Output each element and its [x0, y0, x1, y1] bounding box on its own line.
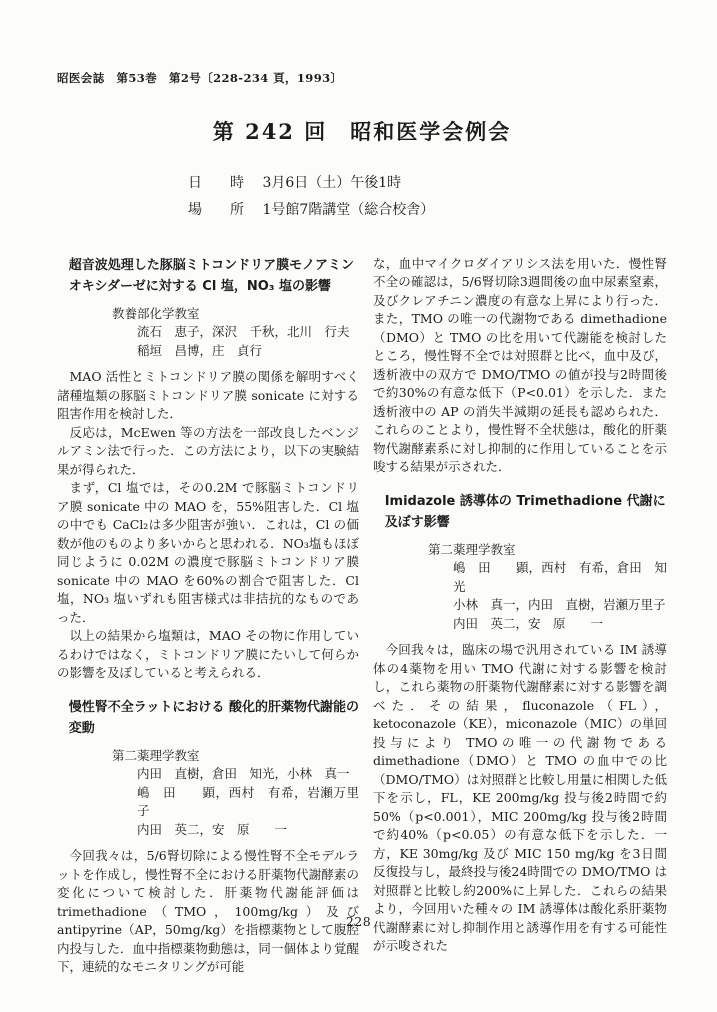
journal-page: 昭医会誌 第53巻 第2号〔228-234 頁，1993〕 第 242 回 昭和… — [0, 0, 717, 1012]
author-line: 嶋 田 顕，西村 有希，倉田 知光 — [453, 559, 667, 596]
abstract-3-affiliation: 第二薬理学教室 — [428, 541, 667, 560]
author-line: 内田 英二，安 原 一 — [137, 821, 359, 840]
paragraph: MAO 活性とミトコンドリア膜の関係を解明すべく諸種塩類の豚脳ミトコンドリア膜 … — [57, 368, 359, 424]
meeting-date-label: 日 時 — [188, 170, 244, 197]
paragraph: 反応は，McEwen 等の方法を一部改良したベンジルアミン法で行った．この方法に… — [57, 424, 359, 480]
abstract-2-title: 慢性腎不全ラットにおける 酸化的肝薬物代謝能の変動 — [57, 697, 359, 739]
abstract-1-title: 超音波処理した豚脳ミトコンドリア膜モノアミンオキシダーゼに対する Cl 塩，NO… — [57, 255, 359, 297]
abstract-section-2: 慢性腎不全ラットにおける 酸化的肝薬物代謝能の変動 第二薬理学教室 内田 直樹，… — [57, 697, 359, 977]
author-line: 稲垣 昌博，庄 貞行 — [137, 342, 359, 361]
right-column: な，血中マイクロダイアリシス法を用いた．慢性腎不全の確認は，5/6腎切除3週間後… — [373, 255, 667, 977]
author-line: 内田 直樹，倉田 知光，小林 真一 — [137, 765, 359, 784]
meeting-date-value: 3月6日（土）午後1時 — [262, 175, 401, 191]
abstract-1-affiliation: 教養部化学教室 — [112, 305, 359, 324]
abstract-3-title: Imidazole 誘導体の Trimethadione 代謝に及ぼす影響 — [373, 491, 667, 533]
author-line: 流石 恵子，深沢 千秋，北川 行夫 — [137, 323, 359, 342]
meeting-date-row: 日 時 3月6日（土）午後1時 — [188, 170, 667, 197]
page-number: 228 — [0, 914, 717, 929]
author-line: 小林 真一，内田 直樹，岩瀬万里子 — [453, 596, 667, 615]
meeting-place-value: 1号館7階講堂（総合校舎） — [262, 202, 434, 218]
page-title: 第 242 回 昭和医学会例会 — [57, 116, 667, 146]
meeting-place-label: 場 所 — [188, 197, 244, 224]
paragraph: 今回我々は，5/6腎切除による慢性腎不全モデルラットを作成し，慢性腎不全における… — [57, 847, 359, 977]
paragraph: 以上の結果から塩類は，MAO その物に作用しているわけではなく，ミトコンドリア膜… — [57, 627, 359, 683]
abstract-section-3: Imidazole 誘導体の Trimethadione 代謝に及ぼす影響 第二… — [373, 491, 667, 956]
paragraph: 今回我々は，臨床の場で汎用されている IM 誘導体の4薬物を用い TMO 代謝に… — [373, 641, 667, 956]
paragraph: まず，Cl 塩では，その0.2M で豚脳ミトコンドリア膜 sonicate 中の… — [57, 479, 359, 627]
journal-citation: 昭医会誌 第53巻 第2号〔228-234 頁，1993〕 — [57, 70, 667, 86]
abstract-section-1: 超音波処理した豚脳ミトコンドリア膜モノアミンオキシダーゼに対する Cl 塩，NO… — [57, 255, 359, 683]
meeting-place-row: 場 所 1号館7階講堂（総合校舎） — [188, 197, 667, 224]
author-line: 内田 英二，安 原 一 — [453, 615, 667, 634]
two-column-body: 超音波処理した豚脳ミトコンドリア膜モノアミンオキシダーゼに対する Cl 塩，NO… — [57, 255, 667, 977]
paragraph-continuation: な，血中マイクロダイアリシス法を用いた．慢性腎不全の確認は，5/6腎切除3週間後… — [373, 255, 667, 477]
meeting-info: 日 時 3月6日（土）午後1時 場 所 1号館7階講堂（総合校舎） — [188, 170, 667, 225]
left-column: 超音波処理した豚脳ミトコンドリア膜モノアミンオキシダーゼに対する Cl 塩，NO… — [57, 255, 359, 977]
author-line: 嶋 田 顕，西村 有希，岩瀬万里子 — [137, 784, 359, 821]
abstract-2-affiliation: 第二薬理学教室 — [112, 747, 359, 766]
